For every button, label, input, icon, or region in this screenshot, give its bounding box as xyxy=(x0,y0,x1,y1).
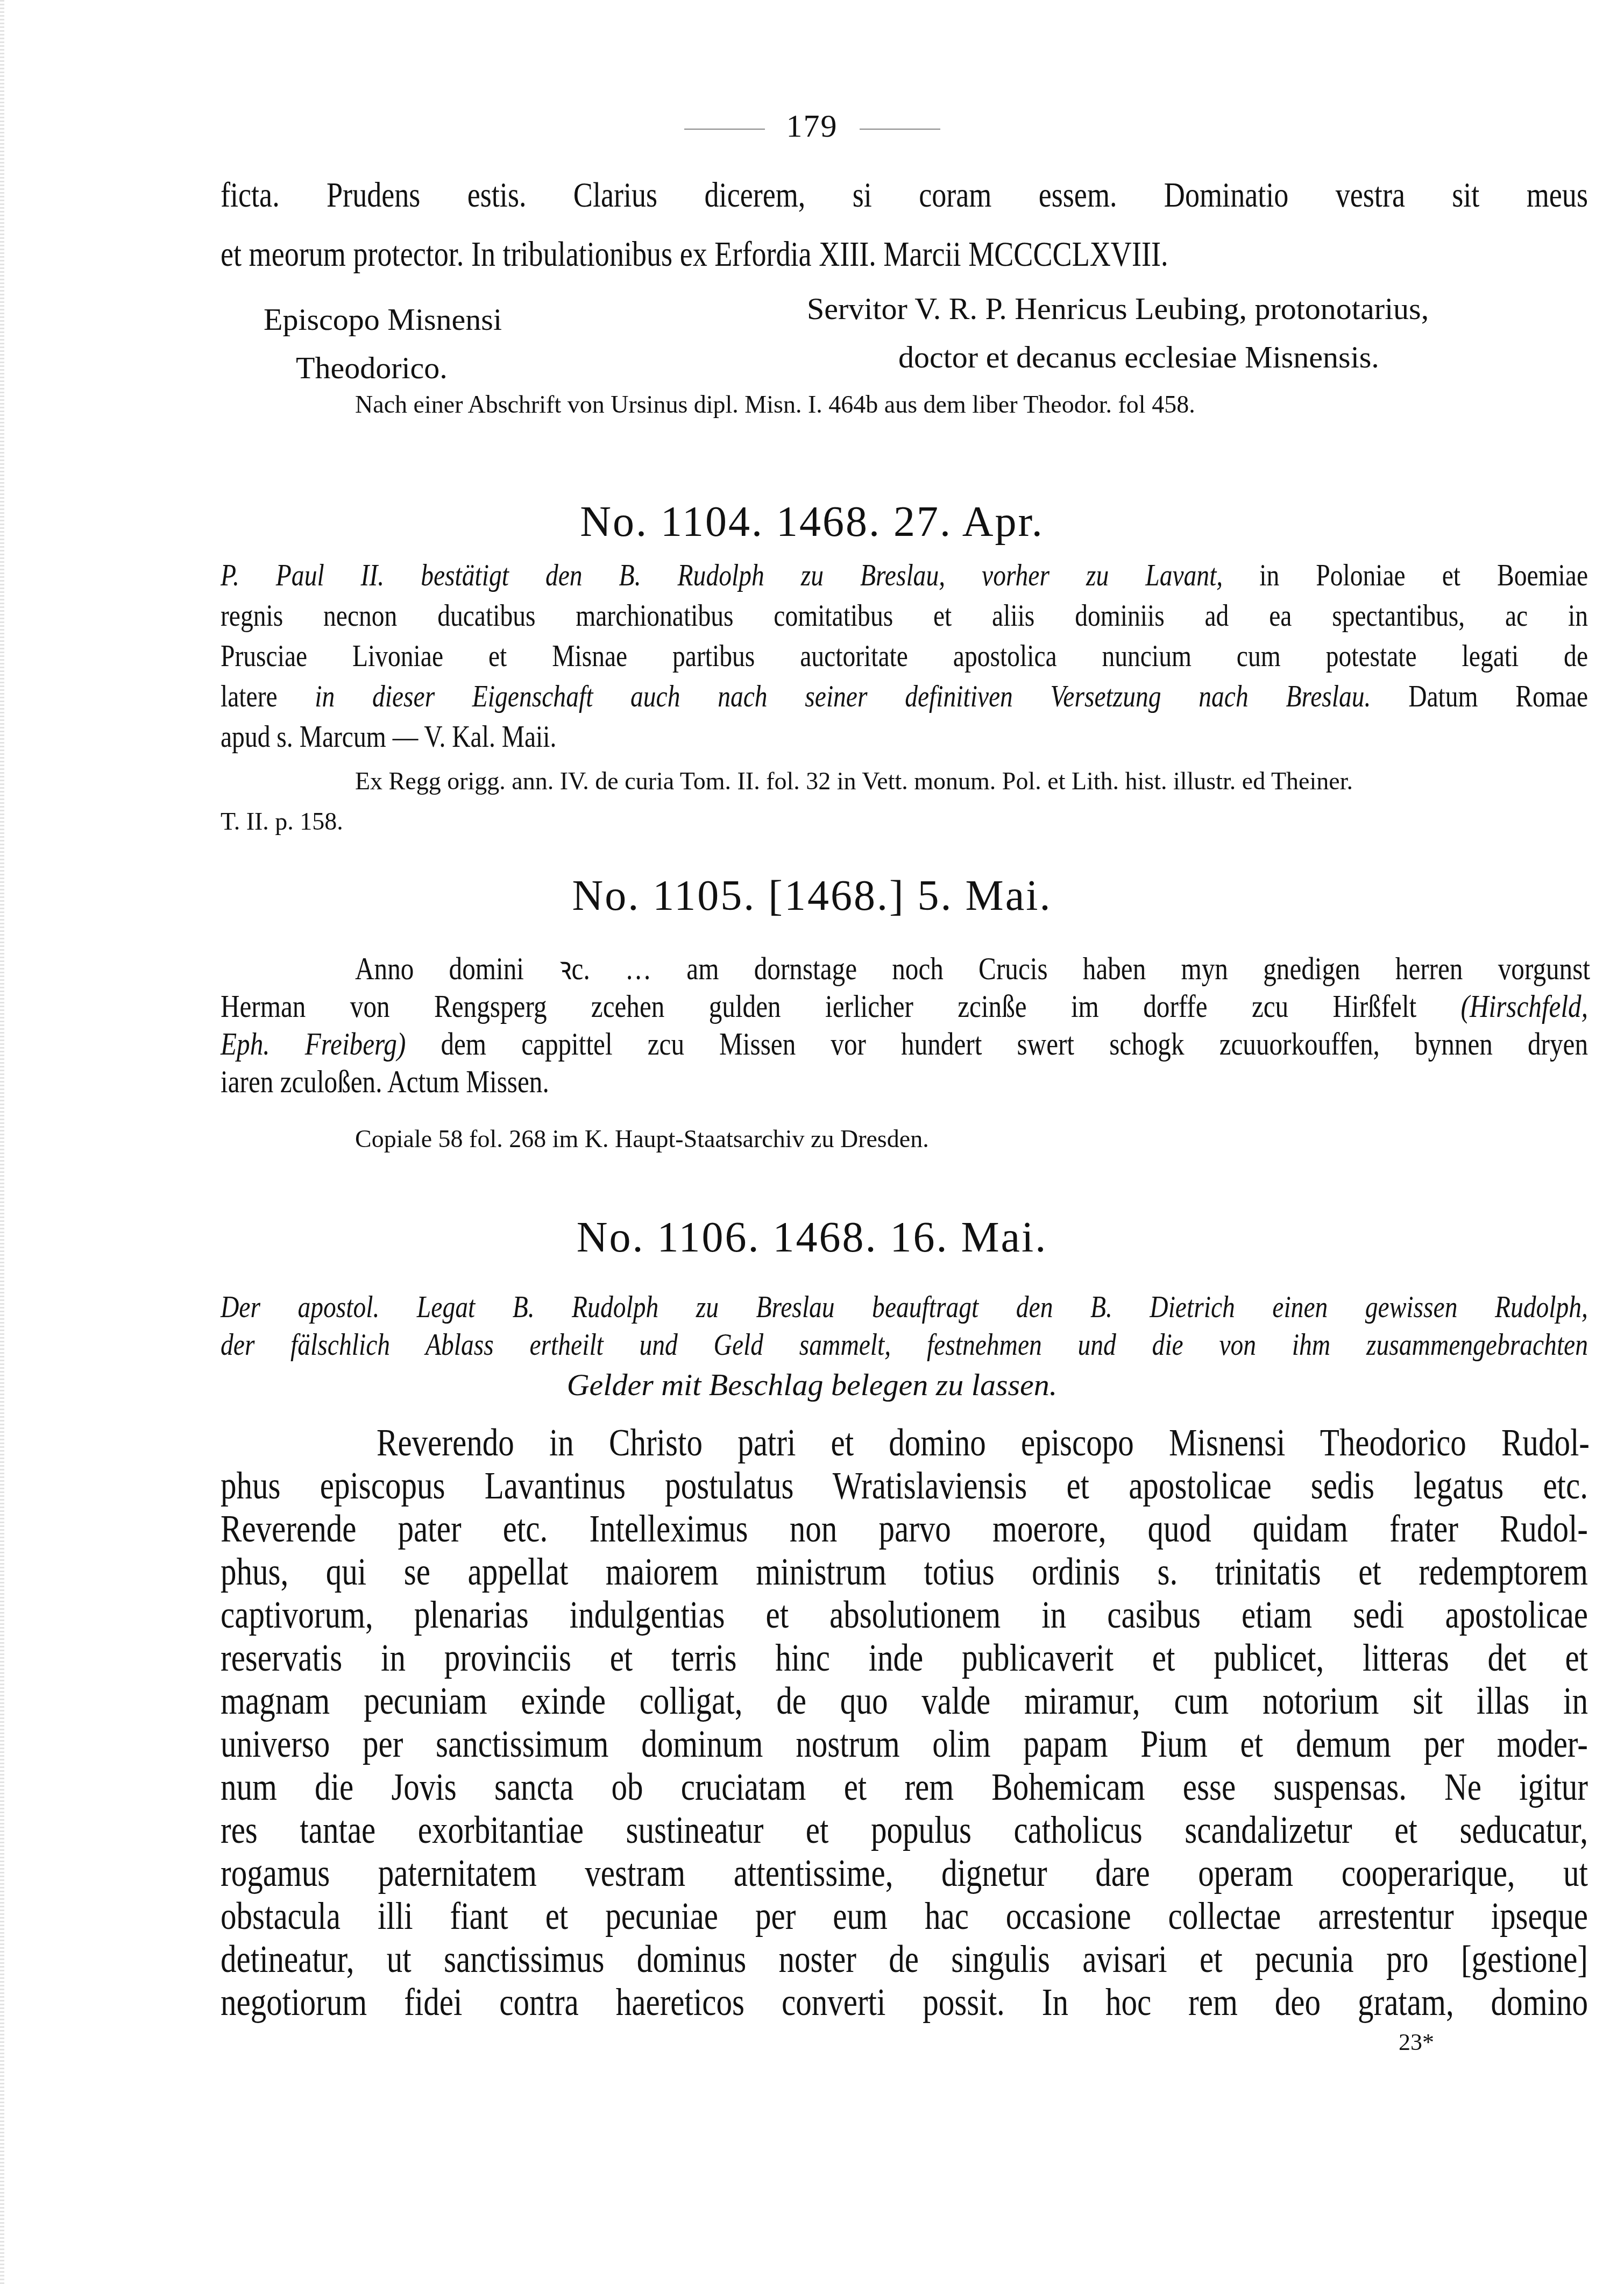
body-line: phus, qui se appellat maiorem ministrum … xyxy=(221,1552,1588,1591)
sender-block: Servitor V. R. P. Henricus Leubing, prot… xyxy=(807,293,1429,390)
text-italic: Eph. Freiberg) xyxy=(221,1026,406,1062)
summary-line: Prusciae Livoniae et Misnae partibus auc… xyxy=(221,640,1588,671)
text-line: Herman von Rengsperg zcehen gulden ierli… xyxy=(221,990,1588,1022)
body-line: captivorum, plenarias indulgentias et ab… xyxy=(221,1595,1588,1634)
summary-line: latere in dieser Eigenschaft auch nach s… xyxy=(221,681,1588,712)
body-line: negotiorum fidei contra haereticos conve… xyxy=(221,1983,1588,2021)
page-number-rule-right xyxy=(860,129,940,130)
summary-roman: Datum Romae xyxy=(1371,678,1587,713)
scan-edge xyxy=(0,0,4,2284)
body-line: obstacula illi fiant et pecuniae per eum… xyxy=(221,1897,1588,1935)
entry-heading: No. 1106. 1468. 16. Mai. xyxy=(0,1213,1624,1262)
body-line: Reverende pater etc. Intelleximus non pa… xyxy=(221,1509,1588,1548)
addressee-line: Theodorico. xyxy=(296,352,502,384)
text-line: iaren zculoßen. Actum Missen. xyxy=(221,1065,1588,1098)
page-number-rule-left xyxy=(684,129,765,130)
summary-roman: in Poloniae et Boemiae xyxy=(1223,557,1588,592)
addressee-line: Episcopo Misnensi xyxy=(264,304,502,335)
body-line: res tantae exorbitantiae sustineatur et … xyxy=(221,1811,1588,1849)
text-line: Anno domini ꝛc. … am dornstage noch Cruc… xyxy=(355,952,1590,985)
sender-line: doctor et decanus ecclesiae Misnensis. xyxy=(898,342,1429,373)
text-roman: Herman von Rengsperg zcehen gulden ierli… xyxy=(221,988,1461,1024)
text-roman: dem cappittel zcu Missen vor hundert swe… xyxy=(406,1026,1588,1062)
source-note: Ex Regg origg. ann. IV. de curia Tom. II… xyxy=(355,767,1353,795)
body-line: reservatis in provinciis et terris hinc … xyxy=(221,1638,1588,1677)
signature-mark: 23* xyxy=(1399,2028,1434,2056)
source-note: T. II. p. 158. xyxy=(221,807,343,836)
summary-line: regnis necnon ducatibus marchionatibus c… xyxy=(221,600,1588,631)
summary-italic: in dieser Eigenschaft auch nach seiner d… xyxy=(278,678,1371,713)
text-line: Eph. Freiberg) dem cappittel zcu Missen … xyxy=(221,1028,1588,1060)
summary-line: der fälschlich Ablass ertheilt und Geld … xyxy=(221,1329,1588,1360)
sender-line: Servitor V. R. P. Henricus Leubing, prot… xyxy=(807,293,1429,324)
addressee-block: Episcopo Misnensi Theodorico. xyxy=(264,304,502,401)
page-number: 179 xyxy=(0,108,1624,145)
summary-line: P. Paul II. bestätigt den B. Rudolph zu … xyxy=(221,560,1588,591)
body-line: detineatur, ut sanctissimus dominus nost… xyxy=(221,1940,1588,1978)
summary-line: Gelder mit Beschlag belegen zu lassen. xyxy=(0,1367,1624,1403)
summary-line: apud s. Marcum — V. Kal. Maii. xyxy=(221,721,1588,752)
text-line: ficta. Prudens estis. Clarius dicerem, s… xyxy=(221,178,1588,213)
body-line: magnam pecuniam exinde colligat, de quo … xyxy=(221,1681,1588,1720)
summary-line: Der apostol. Legat B. Rudolph zu Breslau… xyxy=(221,1291,1588,1323)
text-italic: (Hirschfeld, xyxy=(1461,988,1588,1024)
entry-heading: No. 1104. 1468. 27. Apr. xyxy=(0,498,1624,547)
summary-roman: latere xyxy=(221,678,278,713)
page-number-text: 179 xyxy=(786,108,838,144)
summary-italic: P. Paul II. bestätigt den B. Rudolph zu … xyxy=(221,557,1223,592)
entry-heading: No. 1105. [1468.] 5. Mai. xyxy=(0,872,1624,921)
body-line: universo per sanctissimum dominum nostru… xyxy=(221,1724,1588,1763)
body-line: Reverendo in Christo patri et domino epi… xyxy=(377,1423,1590,1462)
source-note: Copiale 58 fol. 268 im K. Haupt-Staatsar… xyxy=(355,1125,929,1153)
body-line: rogamus paternitatem vestram attentissim… xyxy=(221,1854,1588,1892)
body-line: num die Jovis sancta ob cruciatam et rem… xyxy=(221,1767,1588,1806)
source-note: Nach einer Abschrift von Ursinus dipl. M… xyxy=(355,390,1195,419)
body-line: phus episcopus Lavantinus postulatus Wra… xyxy=(221,1466,1588,1505)
text-line: et meorum protector. In tribulationibus … xyxy=(221,237,1588,272)
